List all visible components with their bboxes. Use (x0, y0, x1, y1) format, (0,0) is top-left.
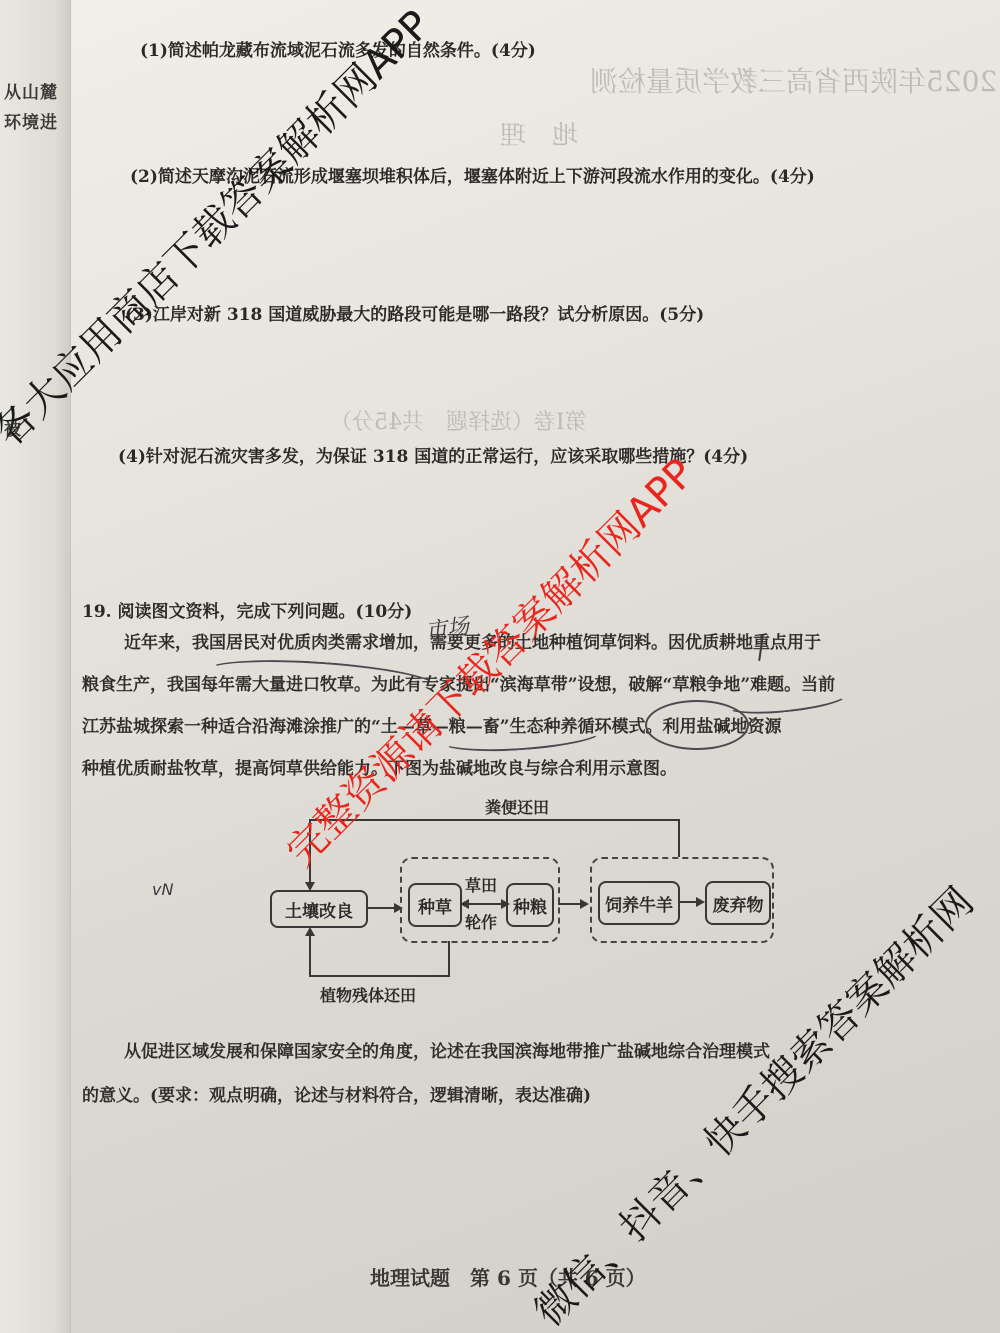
material-line: 种植优质耐盐牧草，提高饲草供给能力。下图为盐碱地改良与综合利用示意图。 (82, 748, 942, 790)
diagram-label-manure: 粪便还田 (485, 795, 549, 818)
connector-line (558, 903, 582, 905)
bleed-through-subject: 地 理 (500, 115, 578, 152)
node-soil-improvement: 土壤改良 (270, 890, 368, 928)
node-waste: 废弃物 (705, 881, 771, 925)
question-3: (3)江岸对新 318 国道威胁最大的路段可能是哪一路段？试分析原因。(5分) (125, 300, 704, 325)
arrow-right-icon (580, 899, 589, 909)
rotation-label-bottom: 轮作 (465, 910, 497, 933)
bleed-through-title: 2025年陕西省高三教学质量检测 (590, 60, 997, 100)
connector-line (678, 819, 680, 857)
connector-line (366, 907, 396, 909)
connector-line (467, 903, 503, 905)
node-plant-grain: 种粮 (506, 883, 554, 927)
arrow-up-icon (305, 927, 315, 936)
node-raise-cattle-sheep: 饲养牛羊 (598, 881, 680, 925)
connector-line (678, 901, 698, 903)
question-19-title: 19. 阅读图文资料，完成下列问题。(10分) (82, 597, 412, 622)
connector-line (309, 975, 450, 977)
handwritten-note: 市场 (423, 609, 471, 646)
connector-line (309, 935, 311, 977)
left-page-fragment: 从山麓 (4, 78, 58, 103)
left-page-fragment: 环境进 (4, 108, 58, 133)
bleed-through-section: 第Ⅰ卷（选择题 共45分） (330, 405, 587, 436)
rotation-label-top: 草田 (465, 873, 497, 896)
node-plant-grass: 种草 (408, 883, 462, 927)
handwritten-circle (645, 700, 749, 750)
arrow-right-icon (696, 897, 705, 907)
arrow-left-icon (460, 899, 469, 909)
handwritten-note: vN (152, 880, 173, 899)
connector-line (448, 941, 450, 977)
previous-page-edge: 从山麓 环境进 被 (0, 0, 71, 1333)
diagram-label-residue: 植物残体还田 (320, 983, 416, 1006)
